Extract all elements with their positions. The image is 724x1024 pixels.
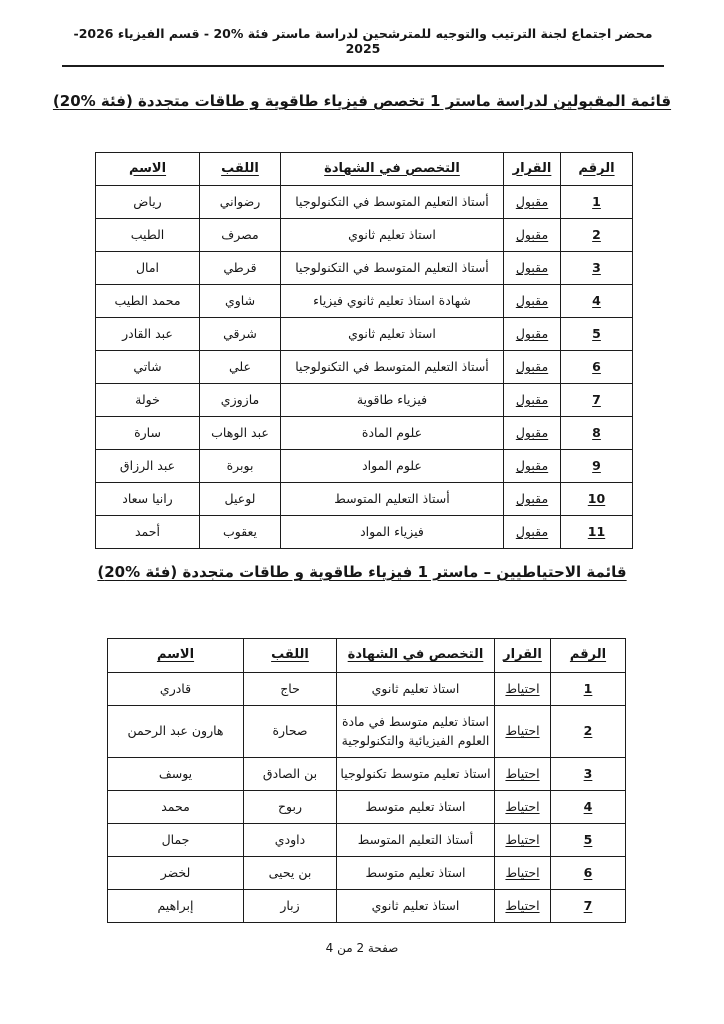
surname-cell: يعقوب bbox=[200, 516, 281, 549]
surname-cell: لوعيل bbox=[200, 483, 281, 516]
specialty-cell: استاذ تعليم ثانوي bbox=[281, 219, 504, 252]
decision-cell: احتياط bbox=[495, 706, 551, 758]
decision-cell: مقبول bbox=[504, 285, 561, 318]
firstname-cell: لخضر bbox=[108, 857, 244, 890]
decision-cell: مقبول bbox=[504, 252, 561, 285]
decision-cell: احتياط bbox=[495, 791, 551, 824]
table-row: 1 مقبول أستاذ التعليم المتوسط في التكنول… bbox=[96, 186, 633, 219]
firstname-cell: جمال bbox=[108, 824, 244, 857]
surname-cell: حاج bbox=[244, 673, 337, 706]
rank-cell: 7 bbox=[551, 890, 626, 923]
column-header-specialty: التخصص في الشهادة bbox=[281, 153, 504, 186]
specialty-cell: فيزياء طاقوية bbox=[281, 384, 504, 417]
table-row: 7 احتياط استاذ تعليم ثانوي زبار إبراهيم bbox=[108, 890, 626, 923]
column-header-num: الرقم bbox=[551, 639, 626, 673]
table-header-row: الرقم القرار التخصص في الشهادة اللقب الا… bbox=[108, 639, 626, 673]
decision-cell: احتياط bbox=[495, 890, 551, 923]
rank-cell: 5 bbox=[561, 318, 633, 351]
rank-cell: 2 bbox=[561, 219, 633, 252]
column-header-name: الاسم bbox=[108, 639, 244, 673]
decision-cell: مقبول bbox=[504, 483, 561, 516]
surname-cell: شاوي bbox=[200, 285, 281, 318]
decision-cell: احتياط bbox=[495, 857, 551, 890]
firstname-cell: يوسف bbox=[108, 758, 244, 791]
column-header-decision: القرار bbox=[495, 639, 551, 673]
table-row: 8 مقبول علوم المادة عبد الوهاب سارة bbox=[96, 417, 633, 450]
table-row: 11 مقبول فيزياء المواد يعقوب أحمد bbox=[96, 516, 633, 549]
rank-cell: 8 bbox=[561, 417, 633, 450]
table-row: 7 مقبول فيزياء طاقوية مازوزي خولة bbox=[96, 384, 633, 417]
waitlist-title: قائمة الاحتياطيين – ماستر 1 فيزياء طاقوي… bbox=[40, 563, 684, 581]
specialty-cell: أستاذ التعليم المتوسط bbox=[281, 483, 504, 516]
table-header-row: الرقم القرار التخصص في الشهادة اللقب الا… bbox=[96, 153, 633, 186]
column-header-surname: اللقب bbox=[200, 153, 281, 186]
specialty-cell: استاذ تعليم متوسط bbox=[337, 791, 495, 824]
column-header-surname: اللقب bbox=[244, 639, 337, 673]
firstname-cell: شاتي bbox=[96, 351, 200, 384]
table-row: 6 احتياط استاذ تعليم متوسط بن يحيى لخضر bbox=[108, 857, 626, 890]
surname-cell: داودي bbox=[244, 824, 337, 857]
decision-cell: مقبول bbox=[504, 450, 561, 483]
surname-cell: بن الصادق bbox=[244, 758, 337, 791]
rank-cell: 4 bbox=[551, 791, 626, 824]
specialty-cell: استاذ تعليم ثانوي bbox=[337, 890, 495, 923]
table-row: 4 احتياط استاذ تعليم متوسط ربوح محمد bbox=[108, 791, 626, 824]
specialty-cell: فيزياء المواد bbox=[281, 516, 504, 549]
firstname-cell: إبراهيم bbox=[108, 890, 244, 923]
surname-cell: بن يحيى bbox=[244, 857, 337, 890]
column-header-specialty: التخصص في الشهادة bbox=[337, 639, 495, 673]
rank-cell: 7 bbox=[561, 384, 633, 417]
surname-cell: بوبرة bbox=[200, 450, 281, 483]
rank-cell: 1 bbox=[551, 673, 626, 706]
surname-cell: زبار bbox=[244, 890, 337, 923]
surname-cell: صحارة bbox=[244, 706, 337, 758]
firstname-cell: الطيب bbox=[96, 219, 200, 252]
column-header-num: الرقم bbox=[561, 153, 633, 186]
rank-cell: 3 bbox=[561, 252, 633, 285]
rank-cell: 1 bbox=[561, 186, 633, 219]
table-row: 2 احتياط استاذ تعليم متوسط في مادة العلو… bbox=[108, 706, 626, 758]
decision-cell: مقبول bbox=[504, 417, 561, 450]
specialty-cell: شهادة استاذ تعليم ثانوي فيزياء bbox=[281, 285, 504, 318]
accepted-list-title: قائمة المقبولين لدراسة ماستر 1 تخصص فيزي… bbox=[40, 92, 684, 110]
surname-cell: قرطي bbox=[200, 252, 281, 285]
decision-cell: مقبول bbox=[504, 516, 561, 549]
surname-cell: شرقي bbox=[200, 318, 281, 351]
firstname-cell: محمد bbox=[108, 791, 244, 824]
firstname-cell: قادري bbox=[108, 673, 244, 706]
rank-cell: 10 bbox=[561, 483, 633, 516]
specialty-cell: علوم المواد bbox=[281, 450, 504, 483]
column-header-decision: القرار bbox=[504, 153, 561, 186]
table-row: 3 احتياط استاذ تعليم متوسط تكنولوجيا بن … bbox=[108, 758, 626, 791]
surname-cell: علي bbox=[200, 351, 281, 384]
surname-cell: مازوزي bbox=[200, 384, 281, 417]
table-row: 5 احتياط أستاذ التعليم المتوسط داودي جما… bbox=[108, 824, 626, 857]
rank-cell: 6 bbox=[561, 351, 633, 384]
specialty-cell: أستاذ التعليم المتوسط في التكنولوجيا bbox=[281, 351, 504, 384]
column-header-name: الاسم bbox=[96, 153, 200, 186]
decision-cell: احتياط bbox=[495, 673, 551, 706]
rank-cell: 9 bbox=[561, 450, 633, 483]
decision-cell: احتياط bbox=[495, 758, 551, 791]
table-row: 2 مقبول استاذ تعليم ثانوي مصرف الطيب bbox=[96, 219, 633, 252]
rank-cell: 11 bbox=[561, 516, 633, 549]
decision-cell: احتياط bbox=[495, 824, 551, 857]
table-row: 5 مقبول استاذ تعليم ثانوي شرقي عبد القاد… bbox=[96, 318, 633, 351]
firstname-cell: رياض bbox=[96, 186, 200, 219]
decision-cell: مقبول bbox=[504, 219, 561, 252]
firstname-cell: محمد الطيب bbox=[96, 285, 200, 318]
rank-cell: 5 bbox=[551, 824, 626, 857]
specialty-cell: أستاذ التعليم المتوسط في التكنولوجيا bbox=[281, 252, 504, 285]
decision-cell: مقبول bbox=[504, 384, 561, 417]
table-row: 3 مقبول أستاذ التعليم المتوسط في التكنول… bbox=[96, 252, 633, 285]
specialty-cell: أستاذ التعليم المتوسط في التكنولوجيا bbox=[281, 186, 504, 219]
document-header-line: محضر اجتماع لجنة الترتيب والتوجيه للمترش… bbox=[62, 26, 664, 67]
specialty-cell: استاذ تعليم ثانوي bbox=[281, 318, 504, 351]
surname-cell: مصرف bbox=[200, 219, 281, 252]
surname-cell: ربوح bbox=[244, 791, 337, 824]
surname-cell: عبد الوهاب bbox=[200, 417, 281, 450]
document-page: { "header": { "text": "محضر اجتماع لجنة … bbox=[0, 0, 724, 1024]
firstname-cell: أحمد bbox=[96, 516, 200, 549]
firstname-cell: سارة bbox=[96, 417, 200, 450]
firstname-cell: امال bbox=[96, 252, 200, 285]
accepted-table: الرقم القرار التخصص في الشهادة اللقب الا… bbox=[95, 152, 633, 549]
firstname-cell: عبد الرزاق bbox=[96, 450, 200, 483]
specialty-cell: علوم المادة bbox=[281, 417, 504, 450]
table-row: 10 مقبول أستاذ التعليم المتوسط لوعيل ران… bbox=[96, 483, 633, 516]
table-row: 4 مقبول شهادة استاذ تعليم ثانوي فيزياء ش… bbox=[96, 285, 633, 318]
decision-cell: مقبول bbox=[504, 351, 561, 384]
specialty-cell: أستاذ التعليم المتوسط bbox=[337, 824, 495, 857]
table-row: 9 مقبول علوم المواد بوبرة عبد الرزاق bbox=[96, 450, 633, 483]
specialty-cell: استاذ تعليم متوسط في مادة العلوم الفيزيا… bbox=[337, 706, 495, 758]
firstname-cell: رانيا سعاد bbox=[96, 483, 200, 516]
firstname-cell: هارون عبد الرحمن bbox=[108, 706, 244, 758]
rank-cell: 4 bbox=[561, 285, 633, 318]
firstname-cell: عبد القادر bbox=[96, 318, 200, 351]
page-number-label: صفحة 2 من 4 bbox=[0, 941, 724, 955]
decision-cell: مقبول bbox=[504, 186, 561, 219]
firstname-cell: خولة bbox=[96, 384, 200, 417]
surname-cell: رضواني bbox=[200, 186, 281, 219]
specialty-cell: استاذ تعليم متوسط bbox=[337, 857, 495, 890]
specialty-cell: استاذ تعليم ثانوي bbox=[337, 673, 495, 706]
waitlist-table: الرقم القرار التخصص في الشهادة اللقب الا… bbox=[107, 638, 626, 923]
specialty-cell: استاذ تعليم متوسط تكنولوجيا bbox=[337, 758, 495, 791]
rank-cell: 6 bbox=[551, 857, 626, 890]
table-row: 1 احتياط استاذ تعليم ثانوي حاج قادري bbox=[108, 673, 626, 706]
rank-cell: 2 bbox=[551, 706, 626, 758]
decision-cell: مقبول bbox=[504, 318, 561, 351]
rank-cell: 3 bbox=[551, 758, 626, 791]
table-row: 6 مقبول أستاذ التعليم المتوسط في التكنول… bbox=[96, 351, 633, 384]
